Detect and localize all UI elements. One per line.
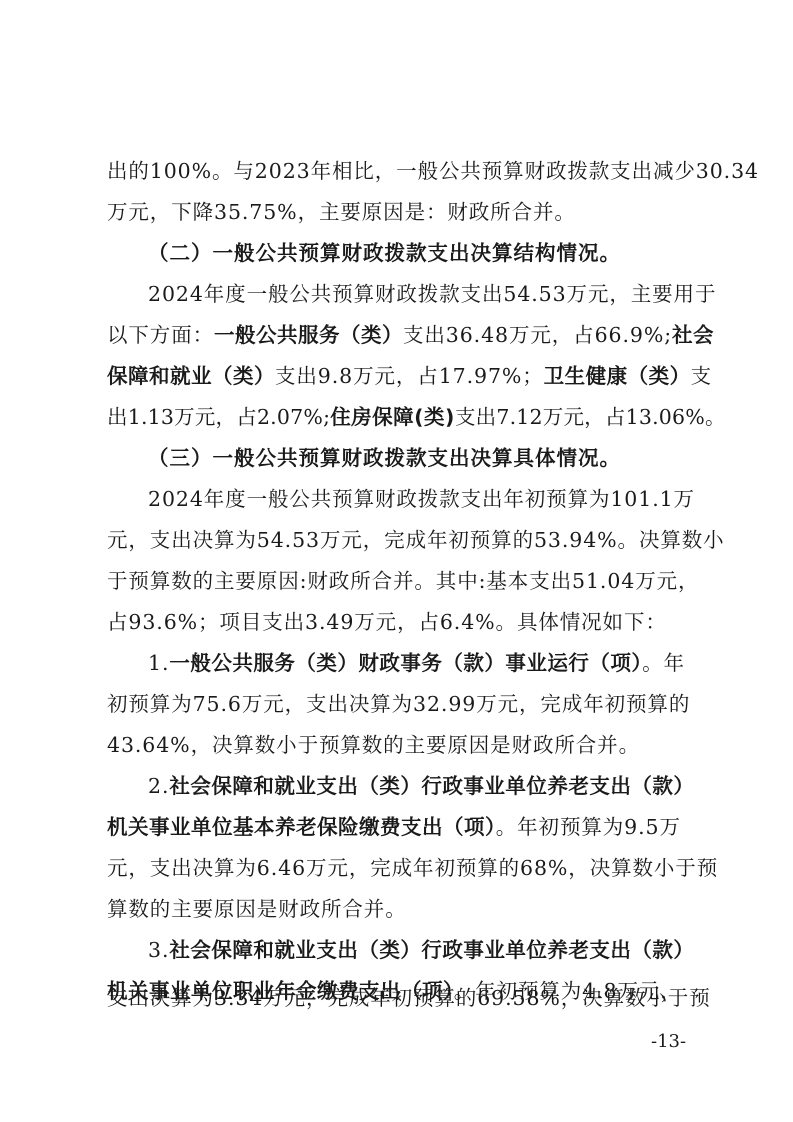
bold-segment: 社会 <box>672 323 714 347</box>
bold-segment: 社会保障和就业支出（类）行政事业单位养老支出（款） <box>169 774 694 798</box>
text-line: 43.64%，决算数小于预算数的主要原因是财政所合并。 <box>107 731 693 759</box>
text-line: 于预算数的主要原因:财政所合并。其中:基本支出51.04万元， <box>107 567 693 595</box>
heading-text: （二）一般公共预算财政拨款支出决算结构情况。 <box>148 241 621 265</box>
text-line: 万元，下降35.75%，主要原因是：财政所合并。 <box>107 198 693 226</box>
bold-segment: 住房保障(类) <box>330 405 455 429</box>
text-line: 2024年度一般公共预算财政拨款支出年初预算为101.1万 <box>148 485 734 513</box>
bold-segment: 保障和就业（类） <box>107 364 275 388</box>
bold-segment: 卫生健康（类） <box>544 364 691 388</box>
text-line: 出的100%。与2023年相比，一般公共预算财政拨款支出减少30.34 <box>107 157 693 185</box>
text-segment: 。年 <box>642 651 685 675</box>
list-item-3-title: 3.社会保障和就业支出（类）行政事业单位养老支出（款） <box>148 936 734 964</box>
text-line: 算数的主要原因是财政所合并。 <box>107 895 693 923</box>
page-number: -13- <box>651 1030 686 1054</box>
text-line: 元，支出决算为54.53万元，完成年初预算的53.94%。决算数小 <box>107 526 693 554</box>
text-segment: 支出决算为3.34万元，完成年初预算的69.58%，决算数小于预 <box>107 986 711 1010</box>
text-segment: 占93.6%；项目支出3.49万元，占6.4%。具体情况如下： <box>107 610 667 634</box>
bold-segment: 一般公共服务（类） <box>214 323 403 347</box>
bold-segment: 一般公共服务（类）财政事务（款）事业运行（项） <box>169 651 642 675</box>
text-segment: 。年初预算为9.5万 <box>496 815 681 839</box>
text-segment: 万元，下降35.75%，主要原因是：财政所合并。 <box>107 200 576 224</box>
text-line: 以下方面：一般公共服务（类）支出36.48万元，占66.9%;社会 <box>107 321 693 349</box>
bold-segment: 机关事业单位基本养老保险缴费支出（项） <box>107 815 496 839</box>
text-segment: 初预算为75.6万元，支出决算为32.99万元，完成年初预算的 <box>107 692 690 716</box>
text-segment: 3. <box>148 938 169 962</box>
text-line: 占93.6%；项目支出3.49万元，占6.4%。具体情况如下： <box>107 608 693 636</box>
text-line: 支出决算为3.34万元，完成年初预算的69.58%，决算数小于预 <box>107 984 693 1012</box>
text-segment: 算数的主要原因是财政所合并。 <box>107 897 407 921</box>
text-line: 元，支出决算为6.46万元，完成年初预算的68%，决算数小于预 <box>107 854 693 882</box>
text-segment: 支出7.12万元，占13.06%。 <box>455 405 726 429</box>
text-segment: 2024年度一般公共预算财政拨款支出年初预算为101.1万 <box>148 487 695 511</box>
text-segment: 支 <box>691 364 712 388</box>
text-line: 保障和就业（类）支出9.8万元，占17.97%；卫生健康（类）支 <box>107 362 693 390</box>
section-heading-3: （三）一般公共预算财政拨款支出决算具体情况。 <box>148 444 734 472</box>
document-page: 出的100%。与2023年相比，一般公共预算财政拨款支出减少30.34 万元，下… <box>0 0 793 1122</box>
list-item-2-title: 2.社会保障和就业支出（类）行政事业单位养老支出（款） <box>148 772 734 800</box>
text-segment: 支出9.8万元，占17.97%； <box>275 364 544 388</box>
text-segment: 元，支出决算为54.53万元，完成年初预算的53.94%。决算数小 <box>107 528 725 552</box>
text-segment: 2024年度一般公共预算财政拨款支出54.53万元，主要用于 <box>148 282 716 306</box>
text-line: 机关事业单位基本养老保险缴费支出（项）。年初预算为9.5万 <box>107 813 693 841</box>
text-segment: 出的100%。与2023年相比，一般公共预算财政拨款支出减少30.34 <box>107 159 759 183</box>
text-segment: 以下方面： <box>107 323 214 347</box>
text-line: 2024年度一般公共预算财政拨款支出54.53万元，主要用于 <box>148 280 734 308</box>
section-heading-2: （二）一般公共预算财政拨款支出决算结构情况。 <box>148 239 734 267</box>
text-segment: 出1.13万元，占2.07%; <box>107 405 330 429</box>
heading-text: （三）一般公共预算财政拨款支出决算具体情况。 <box>148 446 621 470</box>
text-line: 出1.13万元，占2.07%;住房保障(类)支出7.12万元，占13.06%。 <box>107 403 693 431</box>
list-item-1-title: 1.一般公共服务（类）财政事务（款）事业运行（项）。年 <box>148 649 734 677</box>
text-segment: 于预算数的主要原因:财政所合并。其中:基本支出51.04万元， <box>107 569 699 593</box>
text-segment: 1. <box>148 651 169 675</box>
text-segment: 2. <box>148 774 169 798</box>
bold-segment: 社会保障和就业支出（类）行政事业单位养老支出（款） <box>169 938 694 962</box>
text-segment: 支出36.48万元，占66.9%; <box>403 323 672 347</box>
text-line: 初预算为75.6万元，支出决算为32.99万元，完成年初预算的 <box>107 690 693 718</box>
text-segment: 元，支出决算为6.46万元，完成年初预算的68%，决算数小于预 <box>107 856 718 880</box>
text-segment: 43.64%，决算数小于预算数的主要原因是财政所合并。 <box>107 733 640 757</box>
